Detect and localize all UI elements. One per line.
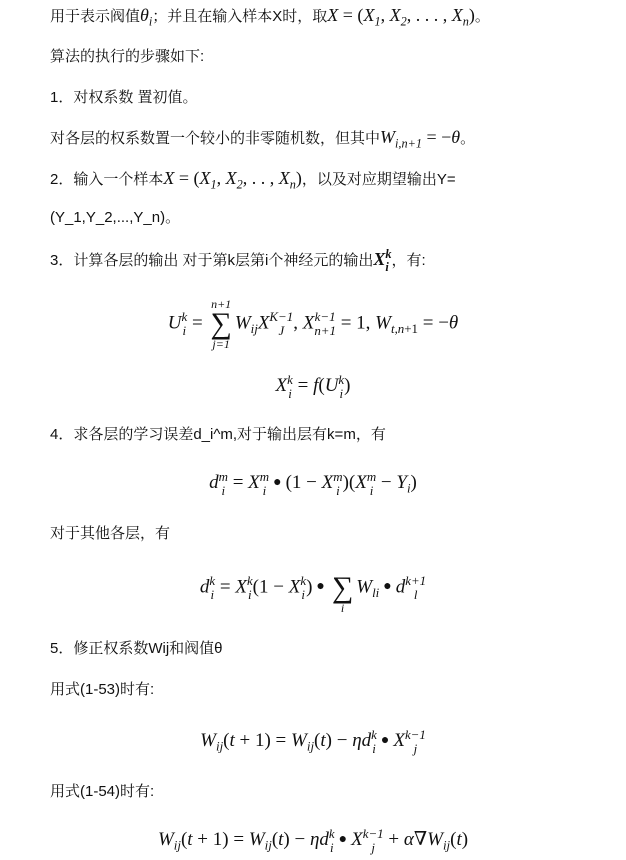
math-sample-x: X = (X1, X2, . . . , Xn) bbox=[327, 5, 475, 25]
equation-d-i-k: dki = Xki(1 − Xki)● ∑iWli●dk+1l bbox=[0, 562, 626, 614]
paragraph-other-layers: 对于其他各层，有 bbox=[50, 524, 170, 544]
text: ，以及对应期望输出Y= bbox=[302, 171, 456, 188]
text: 对各层的权系数置一个较小的非零随机数，但其中 bbox=[50, 130, 380, 147]
equation-weight-update-1-54: Wij(t + 1) = Wij(t) − ηdki●Xk−1j + α∇Wij… bbox=[0, 827, 626, 854]
text: 。 bbox=[475, 8, 490, 25]
step-3: 3．计算各层的输出 对于第k层第i个神经元的输出Xki，有: bbox=[50, 248, 426, 274]
paragraph-formula-1-53: 用式(1-53)时有: bbox=[50, 680, 154, 700]
step-1: 1．对权系数 置初值。 bbox=[50, 88, 198, 108]
text: 3．计算各层的输出 对于第k层第i个神经元的输出 bbox=[50, 252, 373, 269]
math-w-theta: Wi,n+1 = −θ bbox=[380, 127, 460, 147]
step-5: 5．修正权系数Wij和阀值θ bbox=[50, 639, 223, 659]
paragraph-expected-output: (Y_1,Y_2,...,Y_n)。 bbox=[50, 208, 180, 228]
step-4: 4．求各层的学习误差d_i^m,对于输出层有k=m，有 bbox=[50, 425, 386, 445]
equation-weight-update-1-53: Wij(t + 1) = Wij(t) − ηdki●Xk−1j bbox=[0, 728, 626, 755]
equation-d-i-m: dmi = Xmi●(1 − Xmi)(Xmi − Yi) bbox=[0, 470, 626, 497]
paragraph-threshold-intro: 用于表示阀值θi；并且在输入样本X时，取X = (X1, X2, . . . ,… bbox=[50, 5, 490, 27]
text: 2．输入一个样本 bbox=[50, 171, 163, 188]
text: ；并且在输入样本X时，取 bbox=[152, 8, 327, 25]
text: ，有: bbox=[392, 252, 426, 269]
math-x-i-k: Xki bbox=[373, 249, 391, 269]
paragraph-init-weights: 对各层的权系数置一个较小的非零随机数，但其中Wi,n+1 = −θ。 bbox=[50, 127, 475, 149]
equation-x-i-k: Xki = f(Uki) bbox=[0, 373, 626, 400]
equation-u-i-k: Uki = n+1∑j=1WijXK−1J, Xk−1n+1 = 1, Wt,n… bbox=[0, 298, 626, 350]
math-theta-i: θi bbox=[140, 5, 152, 25]
text: 用于表示阀值 bbox=[50, 8, 140, 25]
step-2: 2．输入一个样本X = (X1, X2, . . , Xn)，以及对应期望输出Y… bbox=[50, 168, 456, 190]
sum-symbol: ∑i bbox=[332, 562, 353, 614]
paragraph-steps-heading: 算法的执行的步骤如下: bbox=[50, 47, 204, 67]
math-sample-x2: X = (X1, X2, . . , Xn) bbox=[163, 168, 302, 188]
text: 。 bbox=[460, 130, 475, 147]
sum-symbol: n+1∑j=1 bbox=[210, 298, 231, 350]
paragraph-formula-1-54: 用式(1-54)时有: bbox=[50, 782, 154, 802]
